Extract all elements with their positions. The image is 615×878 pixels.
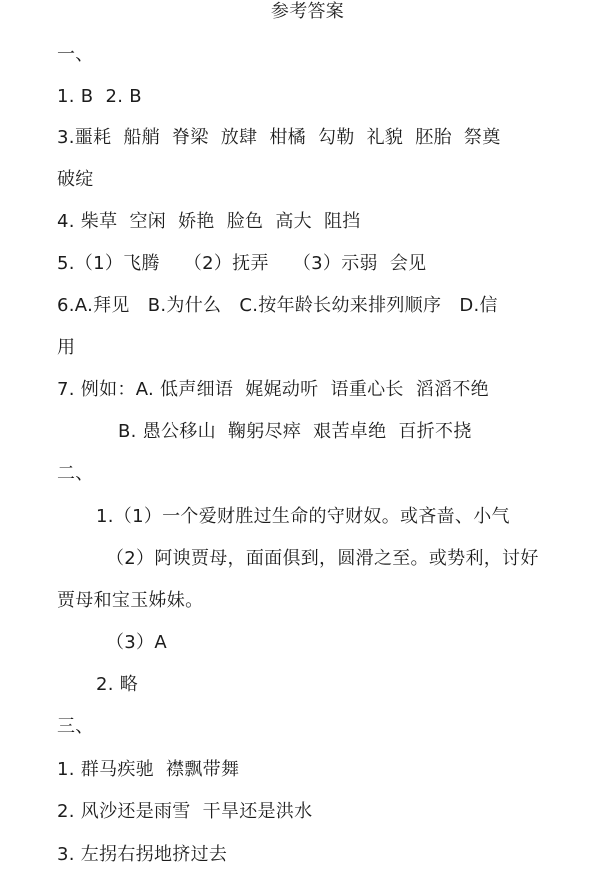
section-heading-1: 一、 <box>57 43 94 67</box>
answer-line: 2. 略 <box>96 673 138 697</box>
section-heading-3: 三、 <box>57 715 94 739</box>
answer-line: 1.（1）一个爱财胜过生命的守财奴。或吝啬、小气 <box>96 505 510 529</box>
answer-line: 6.A.拜见 B.为什么 C.按年龄长幼来排列顺序 D.信 <box>57 294 498 318</box>
answer-line: 破绽 <box>57 168 94 192</box>
answer-line: 1. 群马疾驰 襟飘带舞 <box>57 758 239 782</box>
page-title: 参考答案 <box>0 0 615 24</box>
answer-line: 5.（1）飞腾 （2）抚弄 （3）示弱 会见 <box>57 252 426 276</box>
answer-line: 3.噩耗 船艄 脊梁 放肆 柑橘 勾勒 礼貌 胚胎 祭奠 <box>57 126 501 150</box>
answer-line: 用 <box>57 336 75 360</box>
answer-line: 4. 柴草 空闲 娇艳 脸色 高大 阻挡 <box>57 210 361 234</box>
answer-line: （2）阿谀贾母，面面俱到，圆滑之至。或势利，讨好 <box>106 547 539 571</box>
answer-line: 3. 左拐右拐地挤过去 <box>57 843 227 867</box>
answer-line: 1. B 2. B <box>57 85 142 109</box>
answer-line: 7. 例如：A. 低声细语 娓娓动听 语重心长 滔滔不绝 <box>57 378 489 402</box>
answer-line: 2. 风沙还是雨雪 干旱还是洪水 <box>57 800 312 824</box>
answer-line: B. 愚公移山 鞠躬尽瘁 艰苦卓绝 百折不挠 <box>118 420 472 444</box>
answer-line: （3）A <box>106 631 167 655</box>
section-heading-2: 二、 <box>57 462 94 486</box>
answer-line: 贾母和宝玉姊妹。 <box>57 589 203 613</box>
